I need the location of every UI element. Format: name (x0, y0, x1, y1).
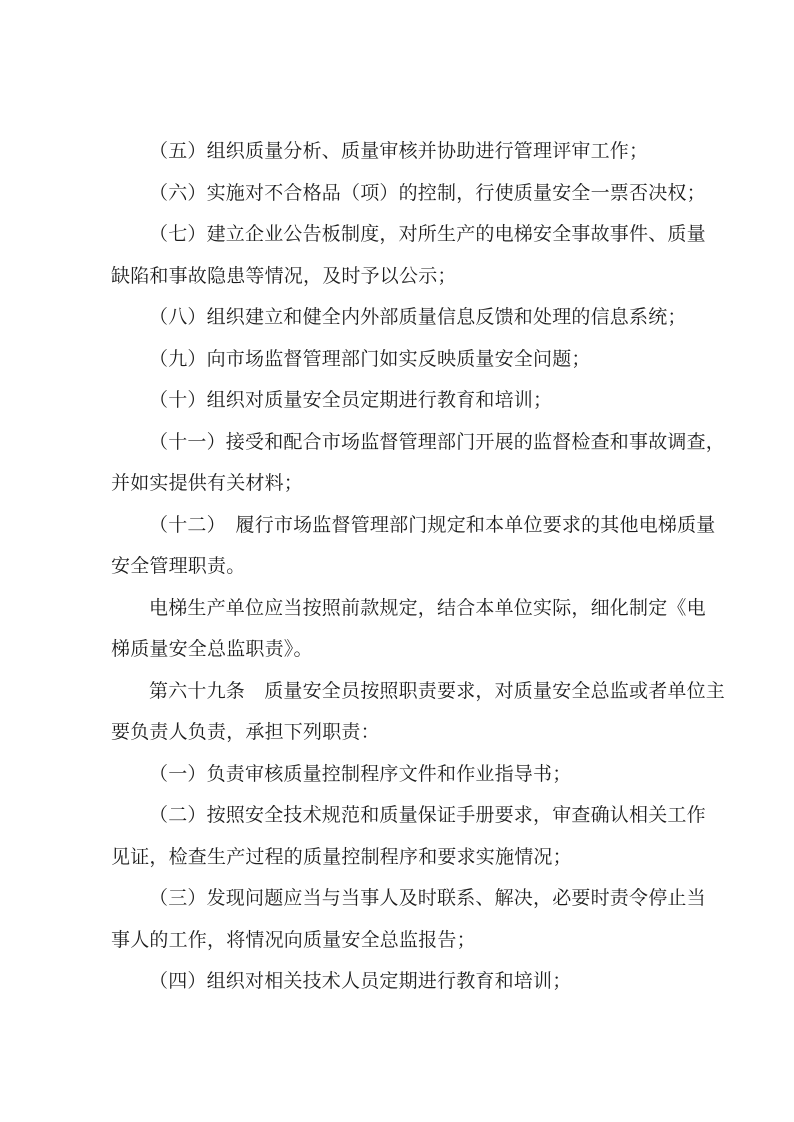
list-item-11: （十一）接受和配合市场监督管理部门开展的监督检查和事故调查， 并如实提供有关材料… (111, 422, 754, 505)
duty-item-4: （四）组织对相关技术人员定期进行教育和培训； (111, 961, 754, 1003)
duty-item-2: （二）按照安全技术规范和质量保证手册要求，审查确认相关工作 见证，检查生产过程的… (111, 795, 754, 878)
list-item-12: （十二） 履行市场监督管理部门规定和本单位要求的其他电梯质量 安全管理职责。 (111, 505, 754, 588)
refinement-paragraph: 电梯生产单位应当按照前款规定，结合本单位实际，细化制定《电 梯质量安全总监职责》… (111, 588, 754, 671)
list-item-6: （六）实施对不合格品（项）的控制，行使质量安全一票否决权； (111, 173, 754, 215)
document-page: （五）组织质量分析、质量审核并协助进行管理评审工作； （六）实施对不合格品（项）… (0, 0, 794, 1122)
duty-item-1: （一）负责审核质量控制程序文件和作业指导书； (111, 754, 754, 796)
duty-item-3: （三）发现问题应当与当事人及时联系、解决，必要时责令停止当 事人的工作，将情况向… (111, 878, 754, 961)
article-69-paragraph: 第六十九条 质量安全员按照职责要求，对质量安全总监或者单位主 要负责人负责，承担… (111, 671, 754, 754)
list-item-8: （八）组织建立和健全内外部质量信息反馈和处理的信息系统； (111, 297, 754, 339)
list-item-5: （五）组织质量分析、质量审核并协助进行管理评审工作； (111, 131, 754, 173)
list-item-7: （七）建立企业公告板制度，对所生产的电梯安全事故事件、质量 缺陷和事故隐患等情况… (111, 214, 754, 297)
list-item-10: （十）组织对质量安全员定期进行教育和培训； (111, 380, 754, 422)
list-item-9: （九）向市场监督管理部门如实反映质量安全问题； (111, 339, 754, 381)
